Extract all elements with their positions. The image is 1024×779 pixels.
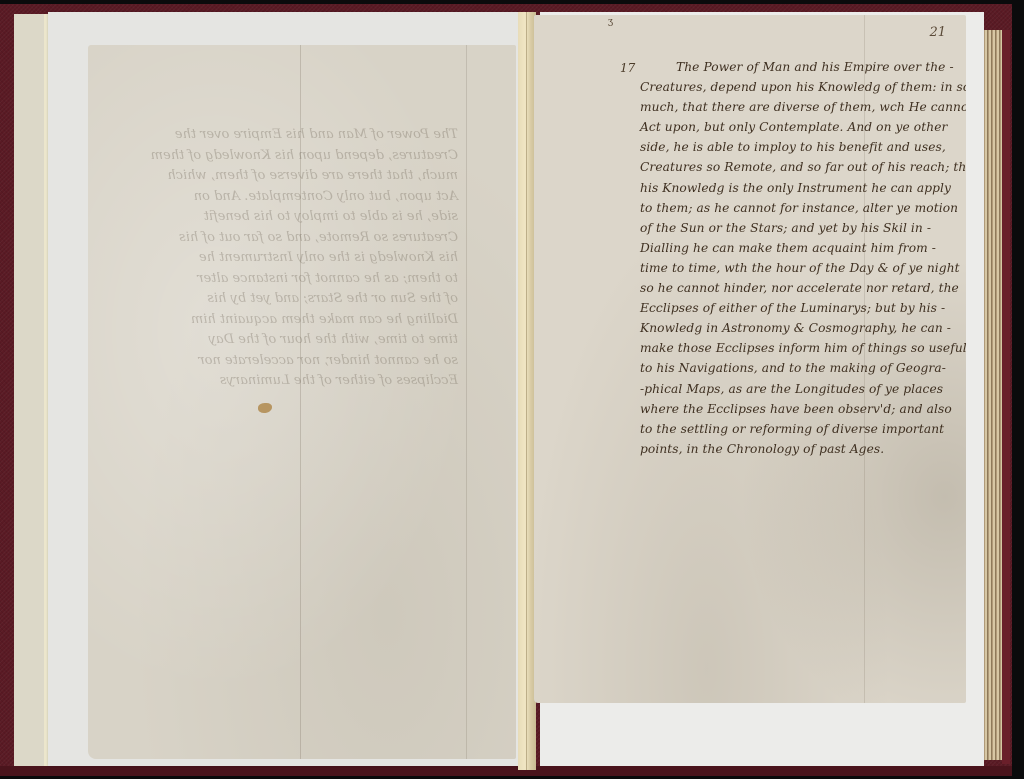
folio-number: 21 bbox=[929, 25, 946, 40]
text-line: to the settling or reforming of diverse … bbox=[640, 419, 966, 439]
top-mark: ʒ bbox=[608, 17, 613, 27]
book-spread: The Power of Man and his Empire over the… bbox=[0, 0, 1024, 779]
text-line: Creatures, depend upon his Knowledg of t… bbox=[640, 77, 966, 97]
text-line: make those Ecclipses inform him of thing… bbox=[640, 338, 966, 358]
paragraph-number: 17 bbox=[620, 61, 635, 75]
manuscript-text: The Power of Man and his Empire over the… bbox=[640, 45, 966, 459]
text-line: Act upon, but only Contemplate. And on y… bbox=[640, 117, 966, 137]
text-line: to them; as he cannot for instance, alte… bbox=[640, 198, 966, 218]
left-endpaper bbox=[14, 14, 46, 766]
gutter-crease bbox=[526, 12, 527, 770]
text-line: where the Ecclipses have been observ'd; … bbox=[640, 399, 966, 419]
text-line: side, he is able to imploy to his benefi… bbox=[640, 137, 966, 157]
ink-stain bbox=[258, 403, 272, 413]
text-line: Creatures so Remote, and so far out of h… bbox=[640, 157, 966, 177]
text-line: so he cannot hinder, nor accelerate nor … bbox=[640, 278, 966, 298]
text-line: much, that there are diverse of them, wc… bbox=[640, 97, 966, 117]
page-block-edge bbox=[984, 30, 1002, 760]
cover-right-edge bbox=[1002, 30, 1010, 764]
text-line: The Power of Man and his Empire over the… bbox=[640, 57, 966, 77]
text-line: points, in the Chronology of past Ages. bbox=[640, 439, 966, 459]
show-through-text: The Power of Man and his Empire over the… bbox=[118, 125, 458, 392]
left-manuscript-page: The Power of Man and his Empire over the… bbox=[88, 45, 516, 759]
text-line: -phical Maps, as are the Longitudes of y… bbox=[640, 379, 966, 399]
cover-bottom-edge bbox=[0, 766, 1012, 776]
text-line: his Knowledg is the only Instrument he c… bbox=[640, 178, 966, 198]
fold-line bbox=[466, 45, 467, 759]
text-line: time to time, wth the hour of the Day & … bbox=[640, 258, 966, 278]
text-line: of the Sun or the Stars; and yet by his … bbox=[640, 218, 966, 238]
text-line: Dialling he can make them acquaint him f… bbox=[640, 238, 966, 258]
text-line: Knowledg in Astronomy & Cosmography, he … bbox=[640, 318, 966, 338]
text-line: Ecclipses of either of the Luminarys; bu… bbox=[640, 298, 966, 318]
text-line: to his Navigations, and to the making of… bbox=[640, 358, 966, 378]
right-manuscript-page: ʒ 21 17 The Power of Man and his Empire … bbox=[534, 15, 966, 703]
